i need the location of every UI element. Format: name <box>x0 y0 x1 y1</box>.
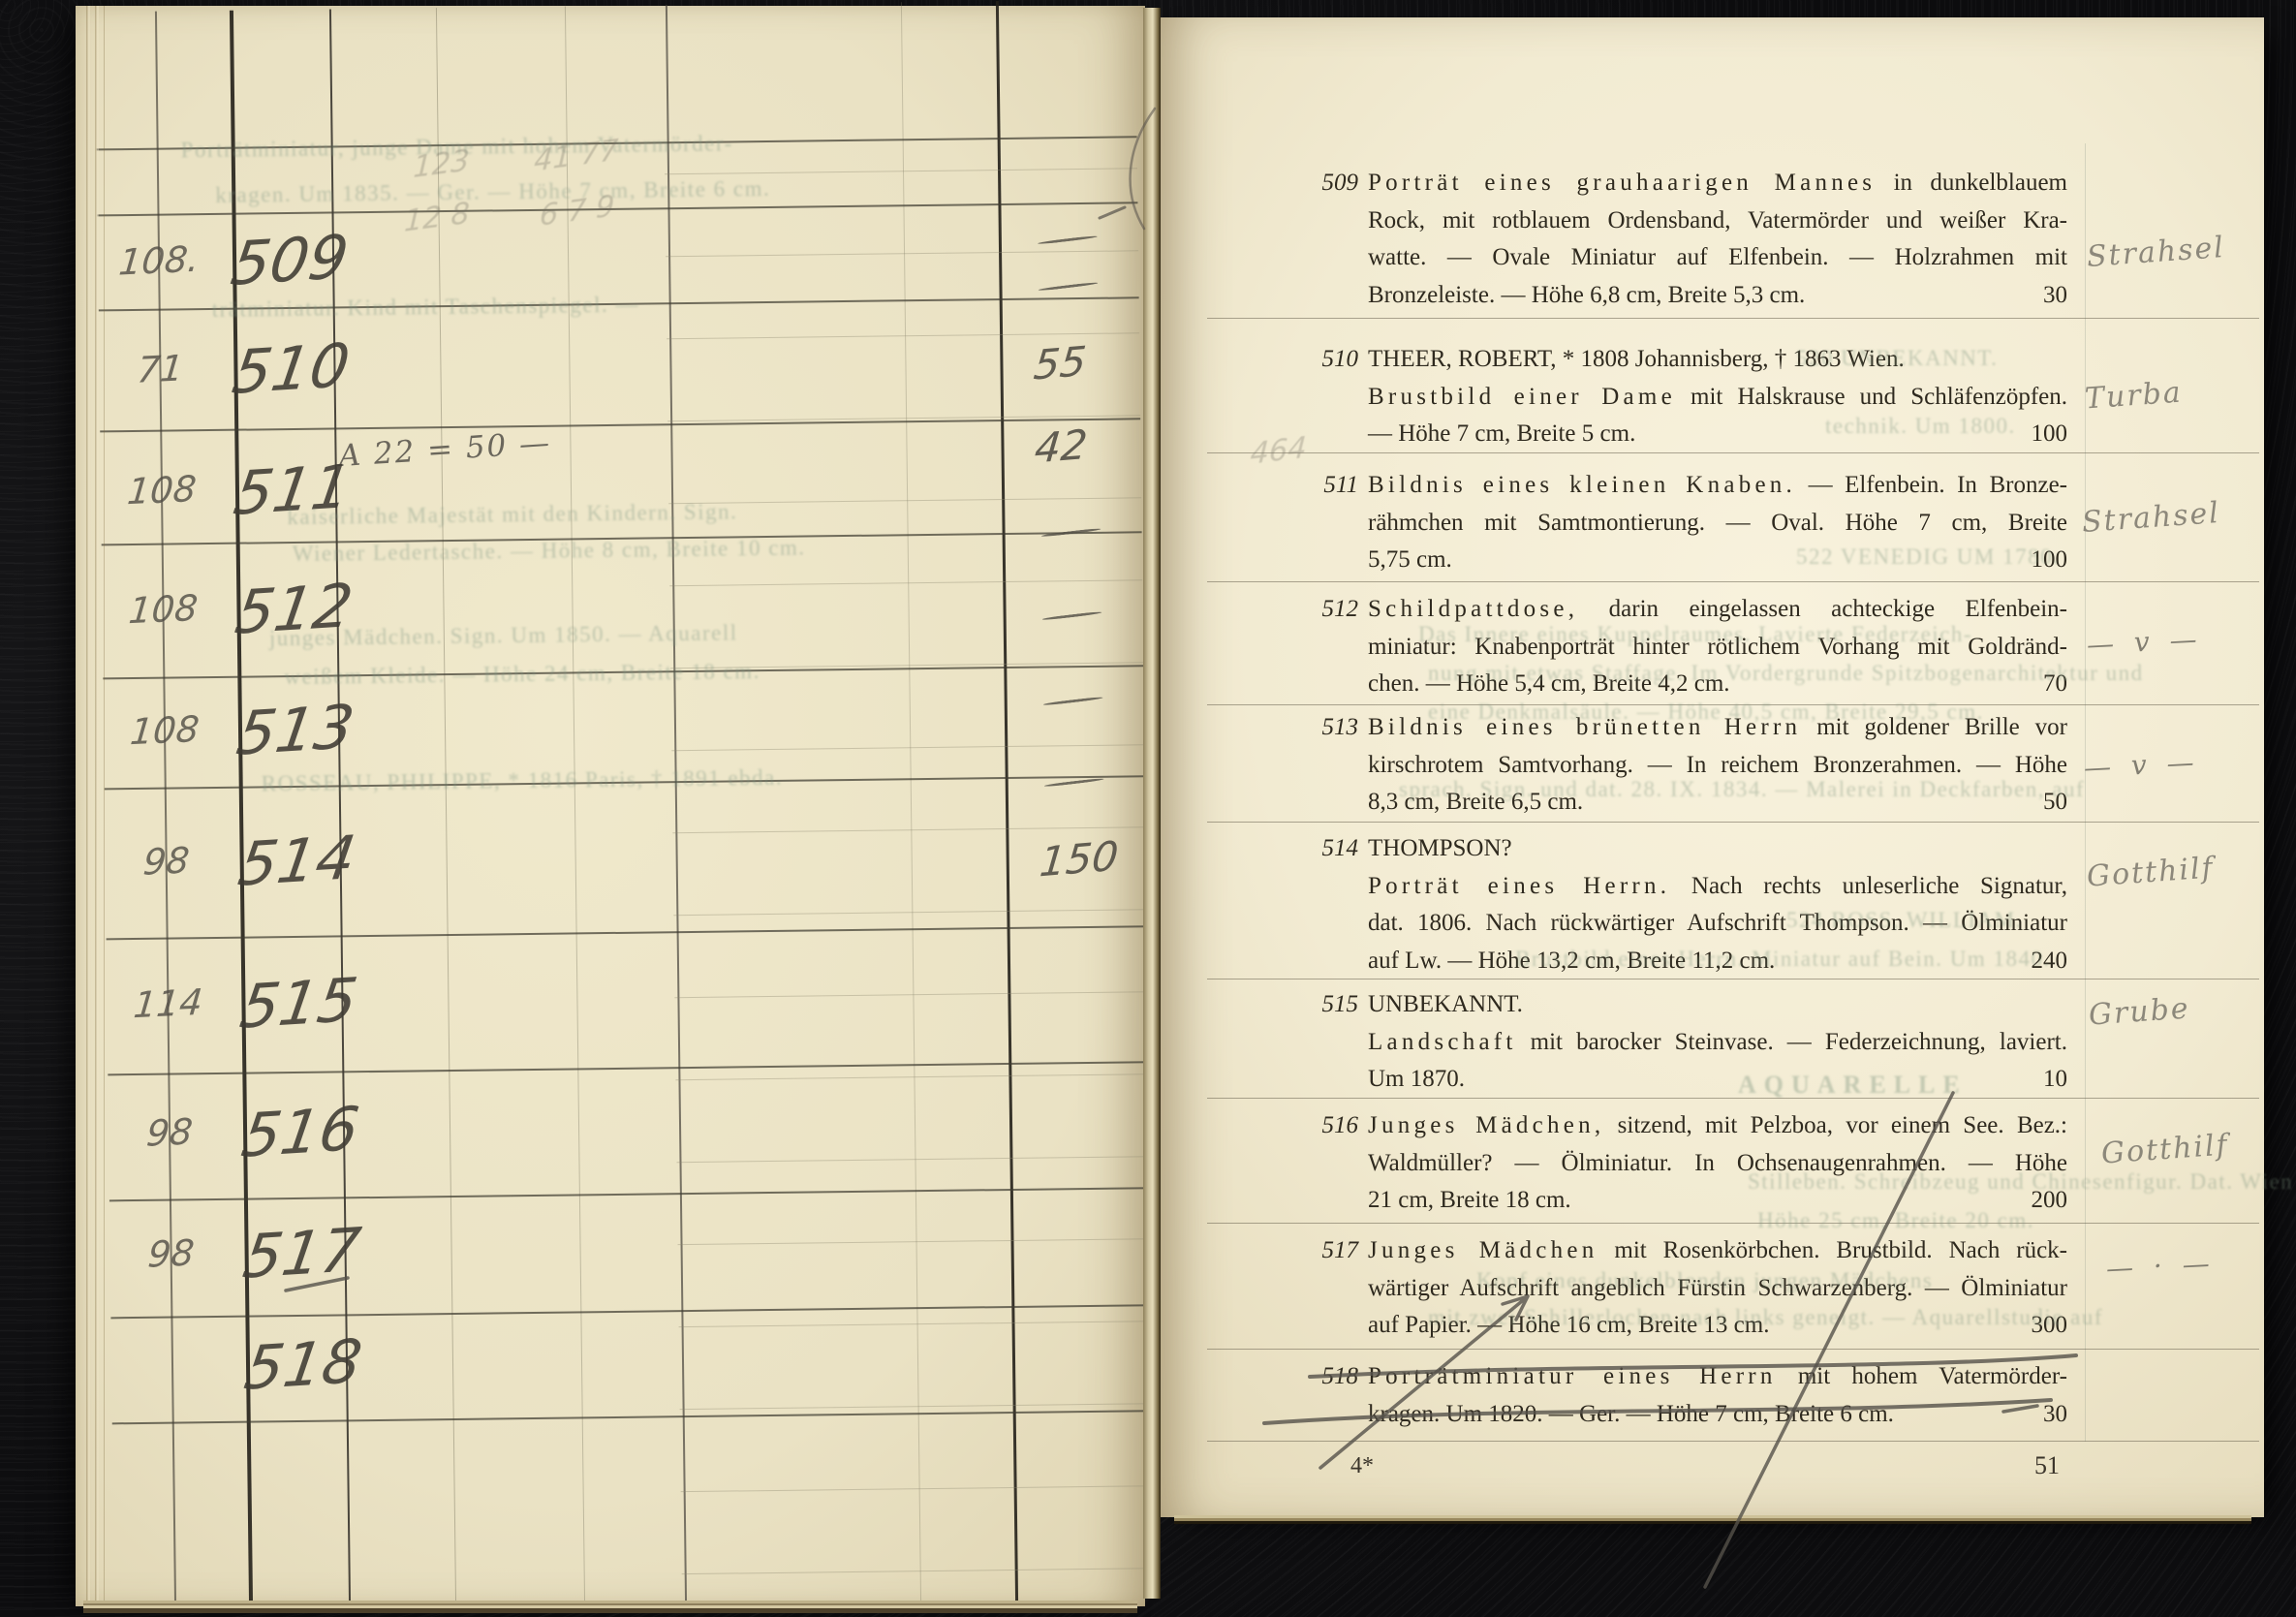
lot-number: 517 <box>1308 1232 1358 1270</box>
ledger-fine-line <box>678 1238 1151 1245</box>
catalog-page: 509Porträt eines grauhaarigen Mannes in … <box>1159 17 2264 1517</box>
bleedthrough-text: kragen. Um 1835. — Ger. — Höhe 7 cm, Bre… <box>215 174 770 210</box>
entry-text: 5,75 cm. <box>1368 546 1452 573</box>
ledger-lot-number: 516 <box>227 1092 374 1171</box>
ledger-result-number: 42 <box>1033 420 1090 472</box>
row-separator-line <box>1207 979 2259 980</box>
left-ledger-page: A 22 = 50 — 108.509715101085115510851242… <box>76 6 1145 1606</box>
bleedthrough-text: Kopf eines dunkelblonden jungen Mädchens <box>1476 1266 1933 1295</box>
ledger-ref-number: 98 <box>105 1109 235 1157</box>
entry-line: Rock, mit rotblauem Ordensband, Vatermör… <box>1368 202 2067 240</box>
bleedthrough-text: Stilleben. Schreibzeug und Chinesenfigur… <box>1748 1167 2296 1197</box>
price-value: 10 <box>2043 1061 2067 1099</box>
bleedthrough-text: eine Denkmalsäule. — Höhe 40,5 cm, Breit… <box>1428 698 1984 727</box>
ledger-ref-number: 98 <box>106 1229 236 1277</box>
entry-line: Landschaft mit barocker Steinvase. — Fed… <box>1368 1024 2067 1062</box>
entry-text: Bronzeleiste. — Höhe 6,8 cm, Breite 5,3 … <box>1368 282 1805 308</box>
lot-number: 512 <box>1308 591 1358 629</box>
entry-line: Junges Mädchen, sitzend, mit Pelzboa, vo… <box>1368 1107 2067 1145</box>
lot-number: 510 <box>1308 341 1358 379</box>
bleedthrough-text: Wiener Ledertasche. — Höhe 8 cm, Breite … <box>293 534 806 569</box>
price-value: 100 <box>2032 416 2068 453</box>
ledger-ref-number: 114 <box>103 980 233 1028</box>
ledger-dash-mark <box>1039 282 1099 292</box>
ghost-number: 464 <box>1250 431 1308 472</box>
ledger-ref-number: 108 <box>100 707 231 755</box>
ledger-row-line <box>108 1061 1148 1075</box>
bleedthrough-text: weißem Kleide. — Höhe 24 cm, Breite 18 c… <box>284 657 760 692</box>
entry-text: THOMPSON? <box>1368 835 1512 861</box>
entry-line: UNBEKANNT. <box>1368 986 2067 1024</box>
spaced-text: Junges Mädchen, <box>1368 1112 1604 1138</box>
buyer-name-annotation: Strahsel <box>2086 232 2226 274</box>
ledger-column-line <box>666 5 687 1605</box>
bleedthrough-text: nung mit etwas Staffage. Im Vordergrunde… <box>1428 659 2144 688</box>
ledger-lot-number: 513 <box>222 690 369 769</box>
ledger-lot-number: 509 <box>216 220 363 299</box>
entry-text: darin eingelassen achteckige Elfenbein- <box>1578 596 2067 622</box>
ledger-fine-line <box>682 1568 1155 1574</box>
entry-text: rähmchen mit Samtmontierung. — Oval. Höh… <box>1368 510 2067 536</box>
ledger-dash-mark <box>1042 611 1102 621</box>
ledger-dash-mark <box>1044 778 1104 788</box>
row-separator-line <box>1207 822 2259 823</box>
lot-number: 516 <box>1308 1107 1358 1145</box>
entry-text: in dunkelblauem <box>1876 170 2067 196</box>
ledger-fine-line <box>680 1403 1153 1410</box>
bleedthrough-text: junges Mädchen. Sign. Um 1850. — Aquarel… <box>269 618 738 653</box>
buyer-name-annotation: Grube <box>2088 992 2191 1032</box>
ledger-ref-number: 108 <box>98 586 229 634</box>
ledger-lot-number: 514 <box>224 821 371 900</box>
entry-text: mit hohem Vatermörder- <box>1777 1363 2067 1389</box>
buyer-name-annotation: Gotthilf <box>2086 852 2216 893</box>
ledger-fine-line <box>668 497 1141 504</box>
ledger-ref-number: 98 <box>101 838 232 886</box>
ledger-ref-number: 108. <box>94 237 225 285</box>
margin-guide-line <box>2085 143 2086 1442</box>
entry-text: kirschrotem Samtvorhang. — In reichem Br… <box>1368 752 2067 778</box>
catalog-entry: 509Porträt eines grauhaarigen Mannes in … <box>1368 165 2067 314</box>
bleedthrough-text: Höhe 25 cm, Breite 20 cm. <box>1757 1206 2034 1235</box>
ledger-fine-line <box>674 991 1147 998</box>
entry-line: Porträt eines grauhaarigen Mannes in dun… <box>1368 165 2067 202</box>
bleedthrough-text: 524 ROSS, WILLIAM. <box>1786 906 2023 935</box>
entry-text: 21 cm, Breite 18 cm. <box>1368 1187 1571 1213</box>
ledger-annotation: A 22 = 50 — <box>338 425 553 474</box>
row-separator-line <box>1207 318 2259 319</box>
spaced-text: Junges Mädchen <box>1368 1237 1598 1263</box>
spaced-text: Porträtminiatur eines Herrn <box>1368 1363 1777 1389</box>
ledger-lot-number: 515 <box>225 963 372 1042</box>
ledger-row-line <box>109 1187 1150 1201</box>
ledger-column-line <box>901 2 921 1602</box>
lot-number: 513 <box>1308 709 1358 747</box>
ledger-column-line <box>996 1 1018 1601</box>
bleedthrough-text: 522 VENEDIG UM 1780. <box>1796 543 2060 572</box>
row-separator-line <box>1207 581 2259 582</box>
ledger-fine-line <box>671 744 1144 751</box>
lot-number: 515 <box>1308 986 1358 1024</box>
ledger-dash-mark <box>1043 697 1103 706</box>
ledger-fine-line <box>679 1321 1152 1327</box>
row-separator-line <box>1207 1349 2259 1350</box>
bleedthrough-text: kaiserliche Majestät mit den Kindern. Si… <box>287 497 737 532</box>
entry-line: Brustbild einer Dame mit Halskrause und … <box>1368 379 2067 417</box>
entry-line: Porträtminiatur eines Herrn mit hohem Va… <box>1368 1358 2067 1396</box>
bleedthrough-text: Brustbild eines Herrn. Miniatur auf Bein… <box>1515 945 2051 974</box>
entry-line: Junges Mädchen mit Rosenkörbchen. Brustb… <box>1368 1232 2067 1270</box>
entry-text: — Elfenbein. In Bronze- <box>1796 472 2067 498</box>
spaced-text: Schildpattdose, <box>1368 596 1578 622</box>
buyer-name-annotation: Gotthilf <box>2100 1129 2230 1170</box>
left-page-stack-edge <box>83 1601 1137 1613</box>
ledger-fine-line <box>669 579 1142 586</box>
entry-text: Rock, mit rotblauem Ordensband, Vatermör… <box>1368 207 2067 233</box>
ledger-row-line <box>107 925 1147 940</box>
entry-line: Bildnis eines kleinen Knaben. — Elfenbei… <box>1368 467 2067 505</box>
bleedthrough-text: technik. Um 1800. <box>1825 412 2016 441</box>
spaced-text: Landschaft <box>1368 1029 1517 1055</box>
ledger-fine-line <box>676 1156 1149 1163</box>
ledger-ref-number: 108 <box>97 467 228 514</box>
entry-text: watte. — Ovale Miniatur auf Elfenbein. —… <box>1368 244 2067 270</box>
row-separator-line <box>1207 1441 2259 1442</box>
signature-mark: 4* <box>1350 1453 1374 1479</box>
margin-dash-note: — v — <box>2086 625 2203 660</box>
ledger-lot-number: 518 <box>230 1324 377 1404</box>
entry-line: watte. — Ovale Miniatur auf Elfenbein. —… <box>1368 239 2067 277</box>
buyer-name-annotation: Strahsel <box>2081 497 2221 540</box>
spaced-text: Porträt eines Herrn. <box>1368 873 1670 899</box>
margin-dash-note: — v — <box>2083 748 2200 783</box>
ledger-lot-number: 517 <box>229 1213 376 1292</box>
lot-number: 511 <box>1308 467 1358 505</box>
price-value: 30 <box>2043 1396 2067 1434</box>
ledger-fine-line <box>672 826 1145 833</box>
bleedthrough-text: trätminiatur. Kind mit Taschenspiegel. — <box>212 291 640 325</box>
bleedthrough-text: ROSSEAU, PHILIPPE, * 1816 Paris, † 1891 … <box>262 763 784 799</box>
catalog-entry: 516Junges Mädchen, sitzend, mit Pelzboa,… <box>1368 1107 2067 1220</box>
spaced-text: Porträt eines grauhaarigen Mannes <box>1368 170 1876 196</box>
entry-line: rähmchen mit Samtmontierung. — Oval. Höh… <box>1368 505 2067 543</box>
bleedthrough-text: mit zwei Schillerlocken nach links genei… <box>1428 1303 2103 1332</box>
page-number: 51 <box>2017 1451 2060 1480</box>
book-photo: A 22 = 50 — 108.509715101085115510851242… <box>0 0 2296 1617</box>
bleedthrough-text: 520 UNBEKANNT. <box>1796 344 1998 373</box>
entry-line: Bronzeleiste. — Höhe 6,8 cm, Breite 5,3 … <box>1368 277 2067 315</box>
spaced-text: Bildnis eines kleinen Knaben. <box>1368 472 1796 498</box>
entry-text: UNBEKANNT. <box>1368 991 1523 1017</box>
margin-dash-note: — · — <box>2105 1249 2216 1284</box>
ledger-fine-line <box>673 909 1146 916</box>
ledger-grid: A 22 = 50 — 108.509715101085115510851242… <box>66 0 1155 1613</box>
entry-text: mit barocker Steinvase. — Federzeichnung… <box>1517 1029 2067 1055</box>
lot-number: 509 <box>1308 165 1358 202</box>
ledger-result-number: 150 <box>1038 832 1120 886</box>
bleedthrough-text: AQUARELLE <box>1738 1071 1968 1100</box>
ledger-fine-line <box>665 168 1137 174</box>
ledger-column-line <box>565 7 585 1607</box>
catalog-entry: 518Porträtminiatur eines Herrn mit hohem… <box>1368 1358 2067 1433</box>
ledger-fine-line <box>675 1073 1148 1080</box>
left-page-fold-edge <box>81 6 105 1604</box>
ledger-ref-number: 71 <box>95 346 226 393</box>
ledger-row-line <box>110 1304 1151 1319</box>
row-separator-line <box>1207 452 2259 453</box>
ledger-dash-mark <box>1038 235 1098 245</box>
bleedthrough-text: Das Innere eines Kuppelraumes. Lavierte … <box>1418 620 1972 649</box>
ledger-row-line <box>100 418 1140 432</box>
entry-line: Porträt eines Herrn. Nach rechts unleser… <box>1368 868 2067 906</box>
ledger-result-number: 55 <box>1032 337 1089 389</box>
ledger-fine-line <box>681 1485 1154 1492</box>
ledger-lot-number: 510 <box>217 328 364 408</box>
entry-text: mit Rosenkörbchen. Brustbild. Nach rück- <box>1598 1237 2068 1263</box>
entry-line: kragen. Um 1820. — Ger. — Höhe 7 cm, Bre… <box>1368 1396 2067 1434</box>
book-gutter <box>1143 8 1161 1599</box>
entry-text: sitzend, mit Pelzboa, vor einem See. Bez… <box>1604 1112 2067 1138</box>
lot-number: 518 <box>1308 1358 1358 1396</box>
ledger-column-line <box>436 8 456 1608</box>
bleedthrough-text: sprach. Sign. und dat. 28. IX. 1834. — M… <box>1399 775 2085 804</box>
entry-text: mit Halskrause und Schläfenzöpfen. <box>1676 384 2067 410</box>
right-page-stack-edge <box>1174 1515 2251 1524</box>
entry-text: Um 1870. <box>1368 1066 1465 1092</box>
buyer-name-annotation: Turba <box>2084 377 2184 417</box>
entry-text: Nach rechts unleserliche Signatur, <box>1670 873 2067 899</box>
row-separator-line <box>1207 1098 2259 1099</box>
entry-text: kragen. Um 1820. — Ger. — Höhe 7 cm, Bre… <box>1368 1401 1894 1427</box>
entry-text: — Höhe 7 cm, Breite 5 cm. <box>1368 420 1635 447</box>
price-value: 30 <box>2043 277 2067 315</box>
ledger-fine-line <box>666 250 1138 257</box>
entry-line: THOMPSON? <box>1368 830 2067 868</box>
spaced-text: Brustbild einer Dame <box>1368 384 1676 410</box>
row-separator-line <box>1207 1223 2259 1224</box>
ledger-row-line <box>112 1410 1153 1424</box>
lot-number: 514 <box>1308 830 1358 868</box>
